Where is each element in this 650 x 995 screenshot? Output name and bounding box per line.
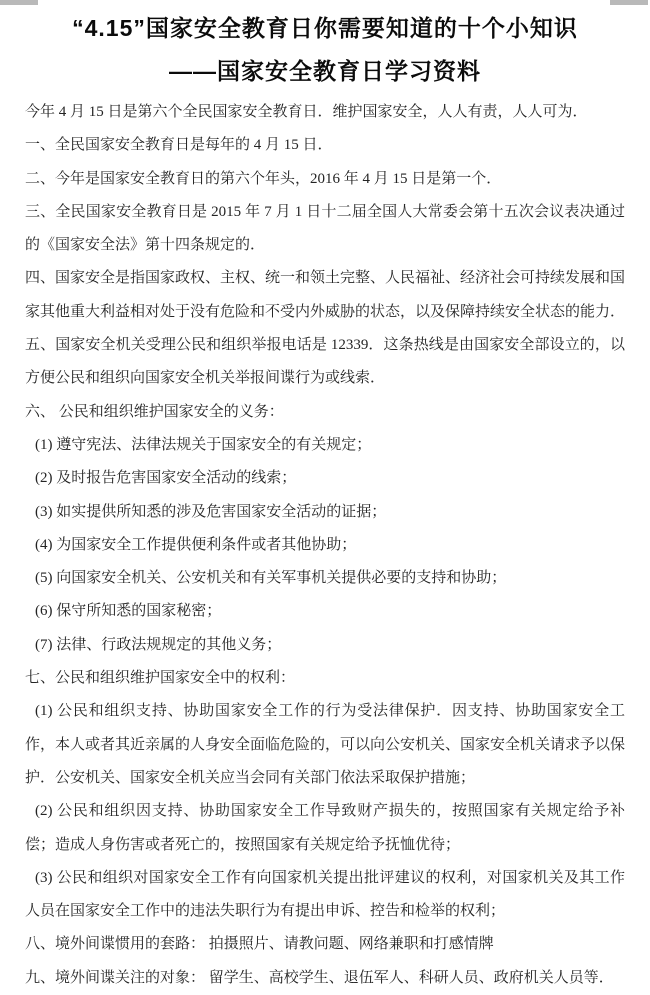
document-body: 今年 4 月 15 日是第六个全民国家安全教育日．维护国家安全，人人有责，人人可… bbox=[0, 96, 650, 995]
point-seven-heading: 七、公民和组织维护国家安全中的权利： bbox=[25, 662, 625, 695]
scan-artifact-top-right bbox=[610, 0, 648, 5]
right-item-1: (1) 公民和组织支持、协助国家安全工作的行为受法律保护．因支持、协助国家安全工… bbox=[25, 695, 625, 795]
point-two: 二、今年是国家安全教育日的第六个年头，2016 年 4 月 15 日是第一个． bbox=[25, 163, 625, 196]
point-eight: 八、境外间谍惯用的套路： 拍摄照片、请教问题、网络兼职和打感情牌 bbox=[25, 928, 625, 961]
duty-item-1: (1) 遵守宪法、法律法规关于国家安全的有关规定； bbox=[25, 429, 625, 462]
duty-item-2: (2) 及时报告危害国家安全活动的线索； bbox=[25, 462, 625, 495]
right-item-3: (3) 公民和组织对国家安全工作有向国家机关提出批评建议的权利，对国家机关及其工… bbox=[25, 862, 625, 929]
point-six-heading: 六、 公民和组织维护国家安全的义务： bbox=[25, 396, 625, 429]
duty-item-4: (4) 为国家安全工作提供便利条件或者其他协助； bbox=[25, 529, 625, 562]
scan-artifact-top-left bbox=[0, 0, 38, 5]
point-three: 三、全民国家安全教育日是 2015 年 7 月 1 日十二届全国人大常委会第十五… bbox=[25, 196, 625, 263]
right-item-2: (2) 公民和组织因支持、协助国家安全工作导致财产损失的，按照国家有关规定给予补… bbox=[25, 795, 625, 862]
point-four: 四、国家安全是指国家政权、主权、统一和领土完整、人民福祉、经济社会可持续发展和国… bbox=[25, 262, 625, 329]
point-one: 一、全民国家安全教育日是每年的 4 月 15 日． bbox=[25, 129, 625, 162]
document-page: “4.15”国家安全教育日你需要知道的十个小知识 ——国家安全教育日学习资料 今… bbox=[0, 0, 650, 995]
duty-item-6: (6) 保守所知悉的国家秘密； bbox=[25, 595, 625, 628]
document-title: “4.15”国家安全教育日你需要知道的十个小知识 ——国家安全教育日学习资料 bbox=[0, 7, 650, 93]
duty-item-5: (5) 向国家安全机关、公安机关和有关军事机关提供必要的支持和协助； bbox=[25, 562, 625, 595]
duty-item-3: (3) 如实提供所知悉的涉及危害国家安全活动的证据； bbox=[25, 496, 625, 529]
intro-paragraph: 今年 4 月 15 日是第六个全民国家安全教育日．维护国家安全，人人有责，人人可… bbox=[25, 96, 625, 129]
document-title-line-2: ——国家安全教育日学习资料 bbox=[0, 50, 650, 93]
point-nine: 九、境外间谍关注的对象： 留学生、高校学生、退伍军人、科研人员、政府机关人员等． bbox=[25, 962, 625, 995]
point-five: 五、国家安全机关受理公民和组织举报电话是 12339．这条热线是由国家安全部设立… bbox=[25, 329, 625, 396]
duty-item-7: (7) 法律、行政法规规定的其他义务； bbox=[25, 629, 625, 662]
document-title-line-1: “4.15”国家安全教育日你需要知道的十个小知识 bbox=[0, 7, 650, 50]
